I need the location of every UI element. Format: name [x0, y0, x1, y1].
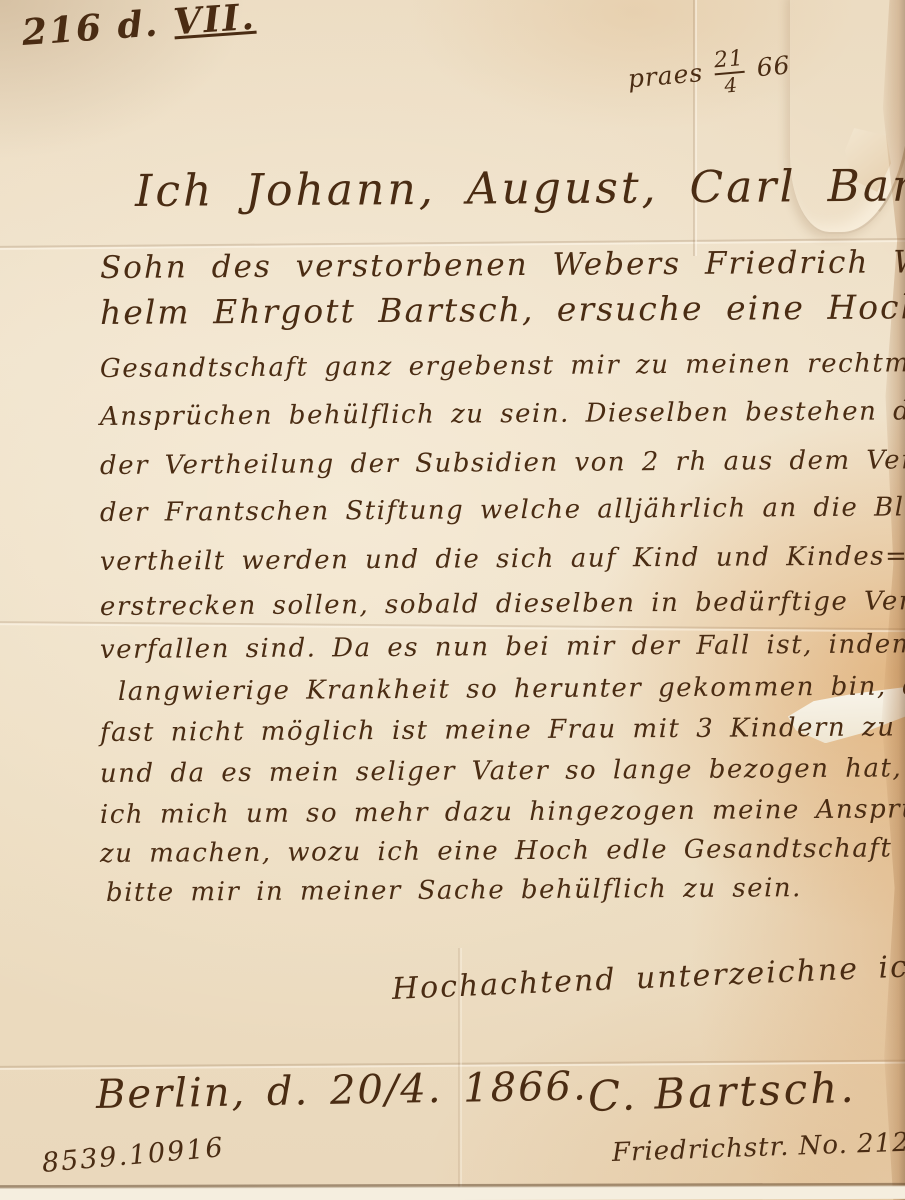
closing-line: Hochachtend unterzeichne ich	[391, 949, 905, 1007]
address-line: Friedrichstr. No. 212.	[611, 1127, 905, 1168]
place-date-line: Berlin, d. 20/4. 1866.	[96, 1063, 588, 1118]
letter-line: der Frantschen Stiftung welche alljährli…	[100, 491, 905, 528]
archival-mark-number: 216 d.	[21, 2, 161, 53]
signature: C. Bartsch.	[587, 1063, 857, 1121]
fold-crease-vertical-top	[693, 0, 697, 256]
letter-line: Ansprüchen behülflich zu sein. Dieselben…	[100, 396, 905, 432]
letter-line: langwierige Krankheit so herunter gekomm…	[118, 671, 905, 707]
table-surface-strip	[0, 1183, 905, 1200]
presentation-date-fraction: 21 4	[713, 48, 747, 96]
archival-mark: 216 d. VII.	[21, 0, 257, 54]
presentation-year: 66	[755, 50, 791, 82]
presentation-word: praes	[627, 58, 705, 93]
letter-line: und da es mein seliger Vater so lange be…	[100, 752, 905, 789]
letter-line: verfallen sind. Da es nun bei mir der Fa…	[100, 628, 905, 665]
letter-line: der Vertheilung der Subsidien von 2 rh a…	[100, 444, 905, 481]
letter-line: Sohn des verstorbenen Webers Friedrich W…	[100, 244, 905, 286]
docket-number: 8539.10916	[41, 1132, 226, 1179]
letter-opening-line: Ich Johann, August, Carl Bartsch,	[135, 160, 905, 217]
letter-line: ich mich um so mehr dazu hingezogen mein…	[100, 793, 905, 830]
presentation-note: praes 21 4 66	[626, 44, 793, 104]
archival-mark-roman: VII.	[172, 0, 257, 43]
presentation-day: 21	[713, 48, 745, 73]
letter-line: erstrecken sollen, sobald dieselben in b…	[100, 585, 905, 622]
presentation-month: 4	[715, 74, 747, 97]
letter-line: fast nicht möglich ist meine Frau mit 3 …	[100, 711, 905, 748]
letter-page: 216 d. VII. praes 21 4 66 Ich Johann, Au…	[0, 0, 905, 1200]
letter-line: zu machen, wozu ich eine Hoch edle Gesan…	[100, 832, 905, 869]
letter-line: vertheilt werden und die sich auf Kind u…	[100, 541, 905, 577]
letter-line: helm Ehrgott Bartsch, ersuche eine Hoch=…	[100, 286, 905, 332]
letter-line: bitte mir in meiner Sache behülflich zu …	[106, 873, 802, 908]
letter-line: Gesandtschaft ganz ergebenst mir zu mein…	[100, 348, 905, 384]
